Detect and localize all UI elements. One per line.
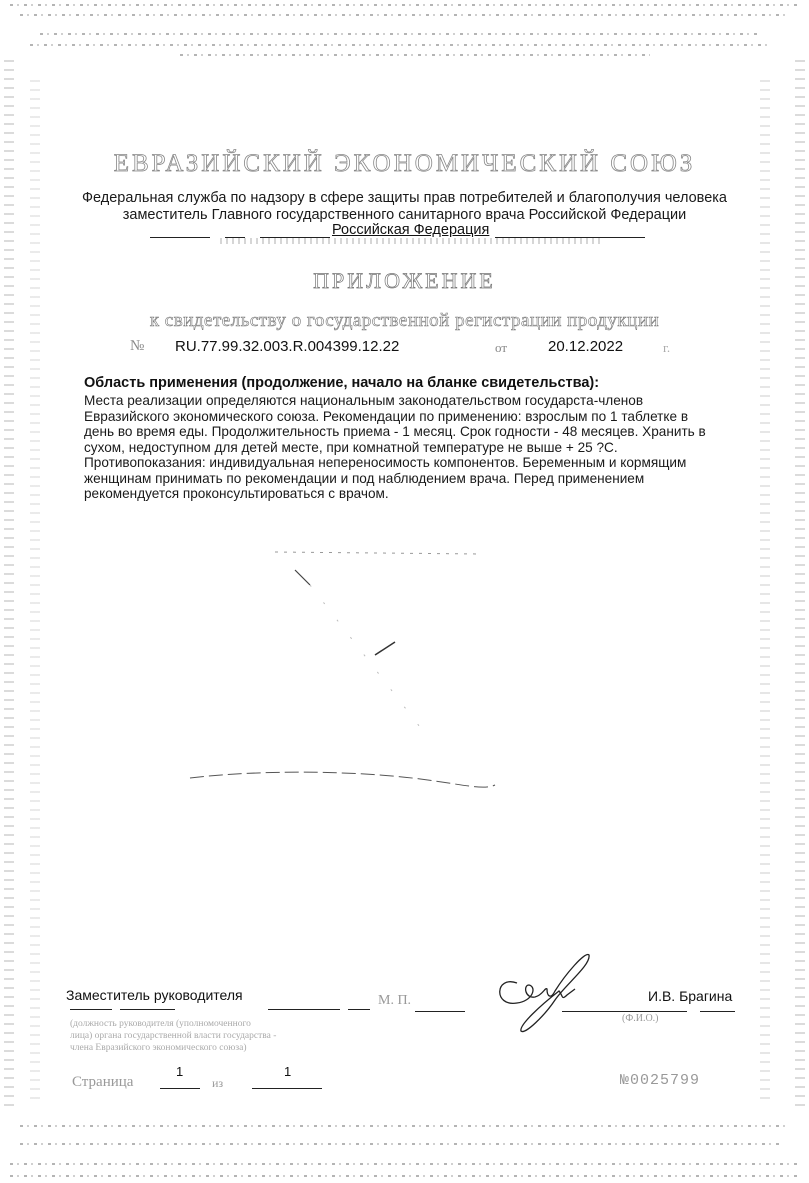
role-underline [120,1009,175,1010]
page-label: Страница [72,1074,133,1091]
security-band-bottom [0,1115,809,1183]
appendix-subtitle: к свидетельству о государственной регист… [0,310,809,332]
role-underline [268,1009,340,1010]
pagination: Страница 1 из 1 [72,1068,372,1092]
of-label: из [212,1076,223,1091]
security-band-top [0,0,809,60]
year-suffix: г. [663,340,670,356]
signer-role: Заместитель руководителя [66,987,243,1003]
scope-line: Места реализации определяются национальн… [84,393,774,409]
scope-heading: Область применения (продолжение, начало … [84,375,599,391]
role-underline [348,1009,370,1010]
agency-name: Федеральная служба по надзору в сфере за… [0,190,809,206]
fio-underline [562,1011,687,1012]
role-underline [70,1009,112,1010]
eaeu-title: ЕВРАЗИЙСКИЙ ЭКОНОМИЧЕСКИЙ СОЮЗ [0,150,809,178]
stamp-place-label: М. П. [378,993,411,1009]
from-label: от [495,340,507,356]
form-number: №0025799 [620,1072,700,1089]
role-caption: (должность руководителя (уполномоченного… [70,1018,380,1054]
scope-line: Евразийского экономического союза. Реком… [84,409,774,425]
signer-name: И.В. Брагина [648,988,732,1004]
right-margin-noise [760,80,770,1100]
page-total: 1 [284,1064,291,1079]
scope-line: Противопоказания: индивидуальная неперен… [84,455,774,471]
signature-underline [415,1011,465,1012]
certificate-number: RU.77.99.32.003.R.004399.12.22 [175,338,399,355]
scope-line: день во время еды. Продолжительность при… [84,424,774,440]
scope-line: женщинам принимать по рекомендации и под… [84,471,774,487]
agency-official: заместитель Главного государственного са… [0,207,809,223]
country-name: Российская Федерация [332,222,489,238]
appendix-title: ПРИЛОЖЕНИЕ [0,268,809,294]
fio-caption: (Ф.И.О.) [622,1013,659,1024]
fio-underline [700,1011,735,1012]
number-label: № [130,338,144,355]
left-margin-noise-2 [30,80,40,1100]
scope-body: Места реализации определяются национальн… [84,393,774,502]
page-current: 1 [176,1064,183,1079]
scope-line: рекомендуется проконсультироваться с вра… [84,486,774,502]
scope-line: сухом, недоступном для детей месте, при … [84,440,774,456]
country-caption [220,238,600,244]
certificate-date: 20.12.2022 [548,338,623,355]
handwritten-signature [485,945,595,1040]
blank-space-strikeout [180,540,510,800]
